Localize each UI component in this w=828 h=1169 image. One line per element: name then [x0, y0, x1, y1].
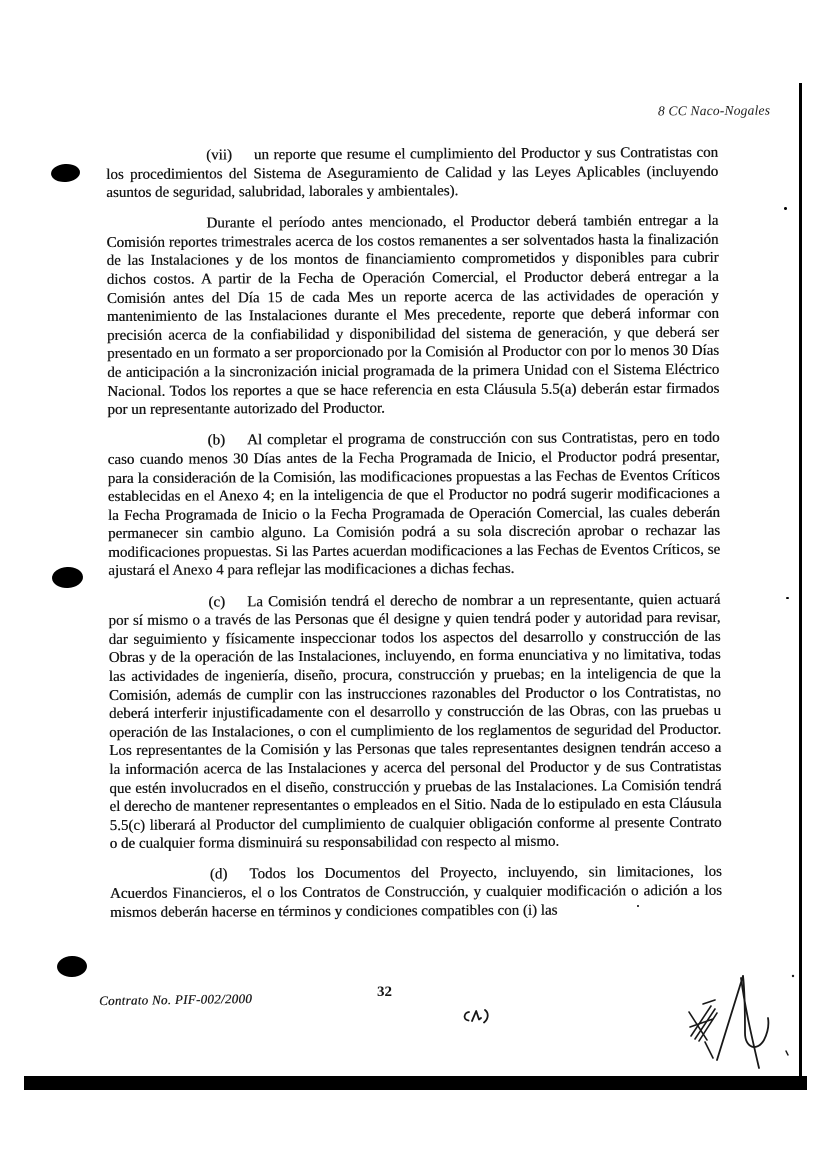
paragraph-text: un reporte que resume el cumplimiento de… — [106, 145, 718, 201]
hole-punch-dot — [50, 163, 80, 183]
header-reference: 8 CC Naco-Nogales — [658, 103, 770, 120]
handwritten-mark — [459, 1005, 493, 1029]
paragraph-text: Todos los Documentos del Proyecto, inclu… — [110, 864, 722, 920]
paragraph-label: (d) — [210, 867, 228, 883]
contract-paragraph: Durante el período antes mencionado, el … — [106, 212, 719, 420]
contract-paragraph: (vii)un reporte que resume el cumplimien… — [106, 144, 718, 203]
signature-scribble — [655, 948, 803, 1078]
footer-contract-number: Contrato No. PIF-002/2000 — [99, 991, 252, 1009]
scan-speck — [637, 905, 639, 907]
paragraph-text: Al completar el programa de construcción… — [108, 430, 721, 579]
contract-body: (vii)un reporte que resume el cumplimien… — [106, 144, 722, 922]
contract-paragraph: (b)Al completar el programa de construcc… — [107, 429, 720, 581]
paragraph-label: (b) — [207, 433, 225, 449]
paragraph-label: (vii) — [206, 147, 232, 163]
page-number: 32 — [377, 984, 392, 1001]
contract-paragraph: (c)La Comisión tendrá el derecho de nomb… — [108, 590, 721, 854]
paragraph-label: (c) — [208, 594, 225, 610]
contract-paragraph: (d)Todos los Documentos del Proyecto, in… — [110, 863, 722, 922]
scan-speck — [784, 207, 787, 210]
scan-edge-vertical-line — [799, 83, 802, 1078]
hole-punch-dot — [51, 566, 83, 589]
hole-punch-dot — [57, 955, 88, 977]
scan-edge-bottom-bar — [24, 1076, 807, 1090]
paragraph-text: La Comisión tendrá el derecho de nombrar… — [108, 591, 721, 852]
scanned-contract-page: 8 CC Naco-Nogales (vii)un reporte que re… — [0, 0, 828, 1169]
paragraph-text: Durante el período antes mencionado, el … — [106, 213, 719, 418]
scan-speck — [786, 597, 789, 599]
